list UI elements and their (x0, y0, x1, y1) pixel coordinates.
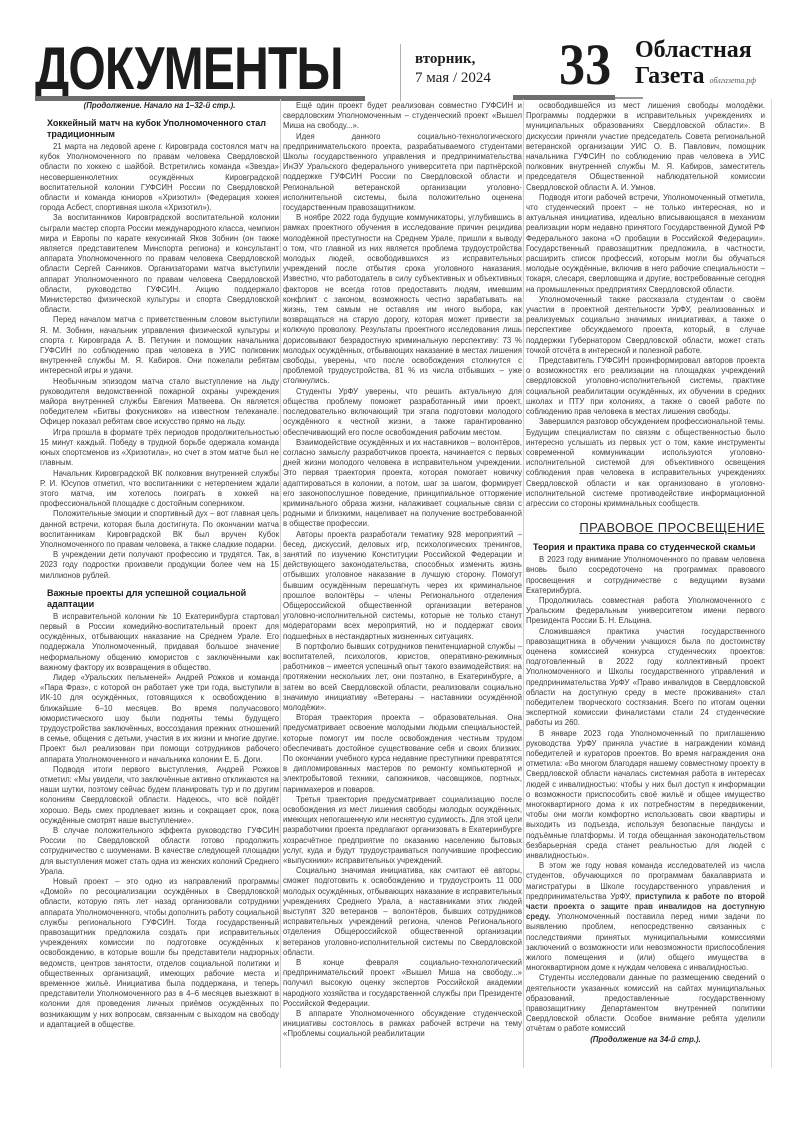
article-heading: Важные проекты для успешной социальной а… (40, 588, 279, 610)
masthead-website: облгазета.рф (710, 76, 756, 85)
page-number: 33 (559, 31, 611, 98)
article-paragraph: Продолжилась совместная работа Уполномоч… (526, 596, 765, 627)
article-heading: Хоккейный матч на кубок Уполномоченного … (40, 118, 279, 140)
continuation-note: (Продолжение. Начало на 1–32-й стр.). (40, 101, 279, 111)
article-paragraph: В этом же году новая команда исследовате… (526, 861, 765, 973)
article-paragraph: Студенты исследовали данные по размещени… (526, 973, 765, 1034)
header-divider-rule (400, 44, 401, 101)
page-header: ДОКУМЕНТЫ вторник, 7 мая / 2024 33 Облас… (35, 40, 767, 104)
article-paragraph: Новый проект – это одно из направлений п… (40, 877, 279, 1030)
article-paragraph: Представитель ГУФСИН проинформировал авт… (526, 356, 765, 417)
page-number-underline-bar (513, 95, 615, 100)
article-paragraph: В учреждении дети получают профессию и т… (40, 550, 279, 581)
article-paragraph: Идея данного социально-технологического … (283, 132, 522, 214)
article-paragraph: В исправительной колонии № 10 Екатеринбу… (40, 612, 279, 673)
page-edge-rule (771, 99, 772, 1068)
article-paragraph: Перед началом матча с приветственным сло… (40, 315, 279, 376)
article-paragraph: Подводя итоги рабочей встречи, Уполномоч… (526, 193, 765, 295)
article-paragraph: освободившейся из мест лишения свободы м… (526, 101, 765, 193)
article-paragraph: Ещё один проект будет реализован совмест… (283, 101, 522, 132)
column-rule-1 (280, 99, 281, 1068)
article-paragraph: За воспитанников Кировградской воспитате… (40, 213, 279, 315)
issue-date: вторник, 7 мая / 2024 (415, 50, 491, 88)
issue-date-value: 7 мая / 2024 (415, 69, 491, 88)
article-paragraph: В портфолио бывших сотрудников пенитенци… (283, 642, 522, 713)
article-paragraph: Завершился разговор обсуждением професси… (526, 417, 765, 509)
article-paragraph: Лидер «Уральских пельменей» Андрей Рожко… (40, 673, 279, 765)
article-paragraph: Третья траектория предусматривает социал… (283, 795, 522, 866)
page-number-underline-thin (615, 97, 643, 99)
article-paragraph: Положительные эмоции и спортивный дух – … (40, 509, 279, 550)
article-paragraph: В январе 2023 года Уполномоченный по при… (526, 729, 765, 862)
article-paragraph: Авторы проекта разработали тематику 928 … (283, 530, 522, 642)
column-rule-2 (523, 99, 524, 1068)
article-paragraph: Вторая траектория проекта – образователь… (283, 713, 522, 795)
masthead: Областная Газетаоблгазета.рф (635, 37, 756, 94)
article-paragraph: 21 марта на ледовой арене г. Кировграда … (40, 142, 279, 213)
column-2: Ещё один проект будет реализован совмест… (283, 101, 522, 1068)
continuation-note: (Продолжение на 34-й стр.). (526, 1035, 765, 1045)
article-paragraph: Начальник Кировградской ВК полковник вну… (40, 469, 279, 510)
article-body: (Продолжение. Начало на 1–32-й стр.).Хок… (40, 101, 765, 1068)
article-paragraph: В ноябре 2022 года будущие коммуникаторы… (283, 213, 522, 386)
masthead-title-line1: Областная (635, 37, 756, 63)
masthead-title-line2: Газета (635, 63, 705, 89)
column-3: освободившейся из мест лишения свободы м… (526, 101, 765, 1068)
article-paragraph: Подводя итоги первого выступления, Андре… (40, 765, 279, 826)
article-paragraph: В случае положительного эффекта руководс… (40, 826, 279, 877)
article-heading: Теория и практика права со студенческой … (526, 542, 765, 553)
column-1: (Продолжение. Начало на 1–32-й стр.).Хок… (40, 101, 279, 1068)
article-paragraph: Уполномоченный также рассказала студента… (526, 295, 765, 356)
section-header: ПРАВОВОЕ ПРОСВЕЩЕНИЕ (526, 520, 765, 535)
article-paragraph: Взаимодействие осуждённых и их наставник… (283, 438, 522, 530)
article-paragraph: Студенты УрФУ уверены, что решить актуал… (283, 387, 522, 438)
article-paragraph: В аппарате Уполномоченного обсуждение ст… (283, 1009, 522, 1040)
section-kicker: ДОКУМЕНТЫ (35, 34, 343, 103)
issue-weekday: вторник, (415, 50, 491, 69)
newspaper-page: ДОКУМЕНТЫ вторник, 7 мая / 2024 33 Облас… (0, 0, 800, 1125)
article-paragraph: Необычным эпизодом матча стало выступлен… (40, 377, 279, 428)
article-paragraph: Игра прошла в формате трёх периодов прод… (40, 428, 279, 469)
article-paragraph: Сложившаяся практика участия государстве… (526, 627, 765, 729)
article-paragraph: Социально значимая инициатива, как счита… (283, 866, 522, 958)
article-paragraph: В 2023 году внимание Уполномоченного по … (526, 555, 765, 596)
article-paragraph: В конце февраля социально-технологически… (283, 958, 522, 1009)
